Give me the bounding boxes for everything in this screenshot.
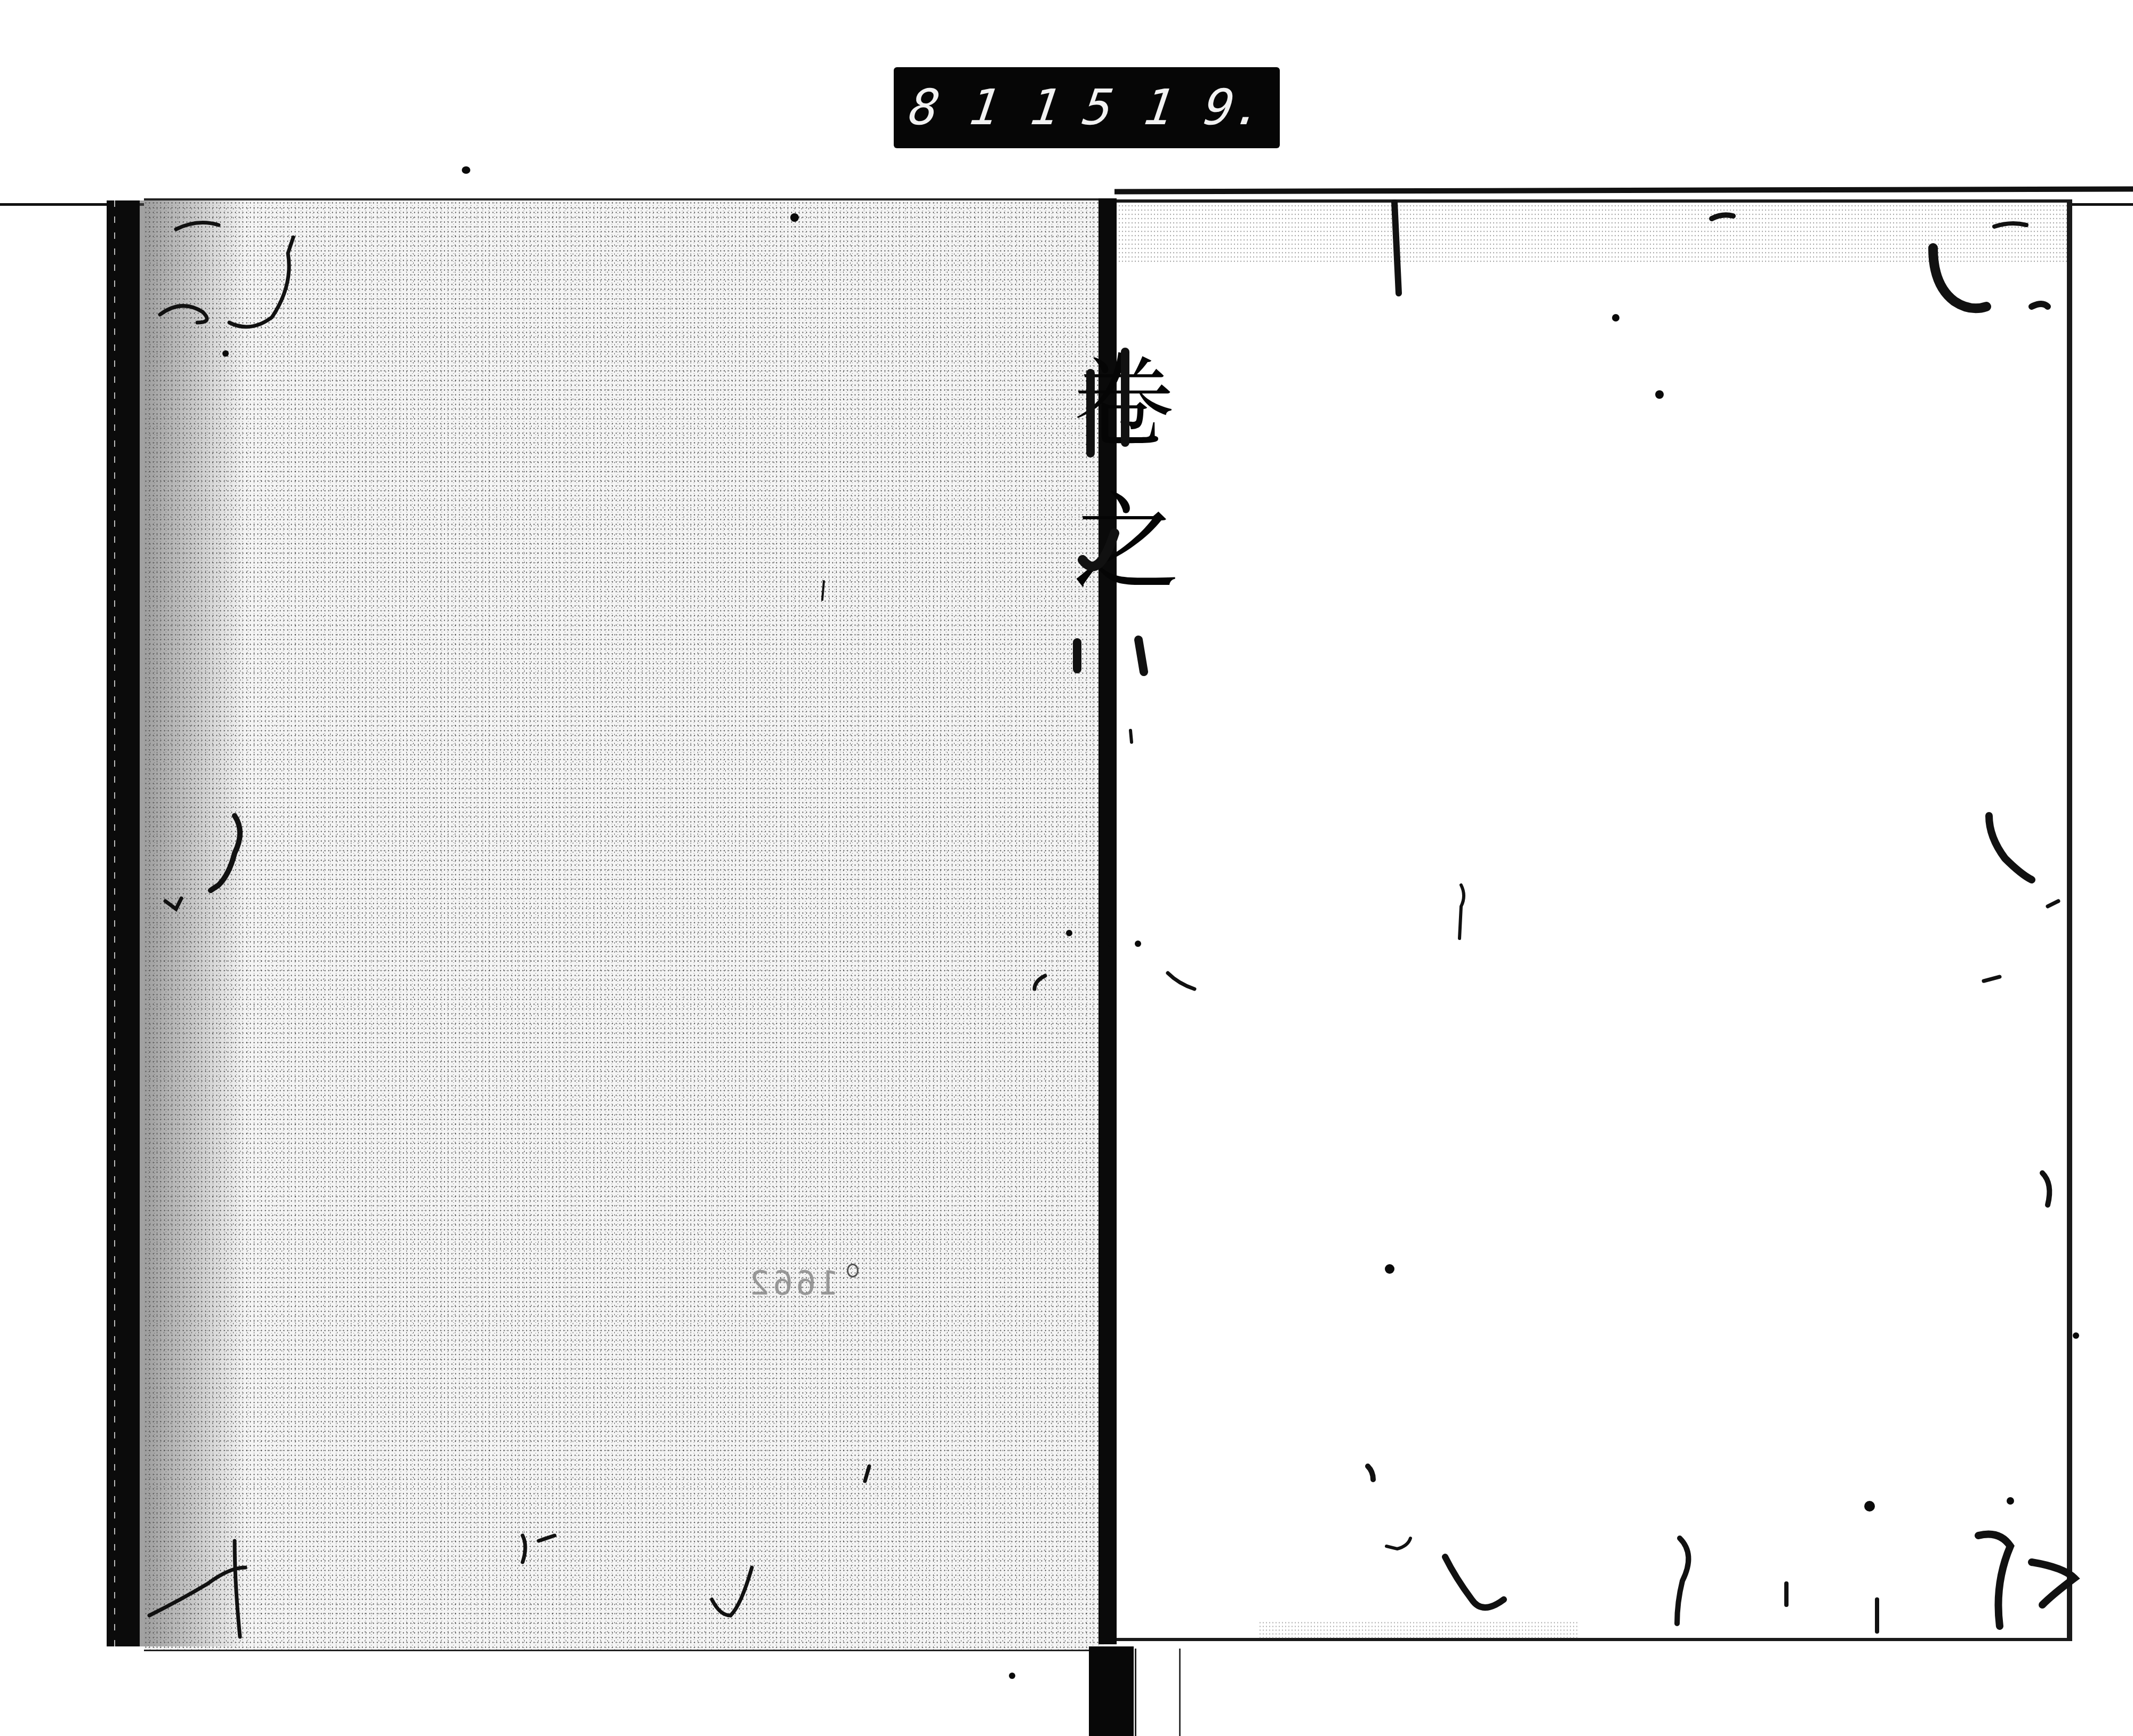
left-binding-edge <box>107 200 140 1646</box>
frame-number: 5 1 9. <box>1084 83 1264 132</box>
counter-digit: 5 <box>1080 83 1117 132</box>
scanner-edge-rule-right <box>1114 186 2133 194</box>
spine-character: 之 <box>1073 491 1180 597</box>
reel-number: 8 1 1 <box>910 83 1060 132</box>
counter-digit: 1 <box>1141 83 1177 132</box>
spine-foot-edge <box>1135 1649 1181 1736</box>
left-page-gutter-shadow <box>140 200 246 1646</box>
counter-digit: 1 <box>1027 83 1063 132</box>
dust-speck <box>462 166 470 174</box>
frame-counter: 8 1 1 5 1 9. <box>894 67 1280 148</box>
counter-digit: 9. <box>1201 83 1268 132</box>
counter-digit: 8 <box>907 83 943 132</box>
mirrored-stamp: 1662 <box>747 1264 839 1303</box>
right-page-top-band <box>1118 204 2067 262</box>
counter-digit: 1 <box>967 83 1003 132</box>
right-page-bottom-band <box>1258 1621 1578 1640</box>
right-page <box>1117 199 2072 1641</box>
spine-foot <box>1089 1646 1134 1736</box>
left-page <box>144 198 1104 1651</box>
spine-character: 卷 <box>1073 352 1174 453</box>
stamp-mark <box>847 1264 859 1277</box>
